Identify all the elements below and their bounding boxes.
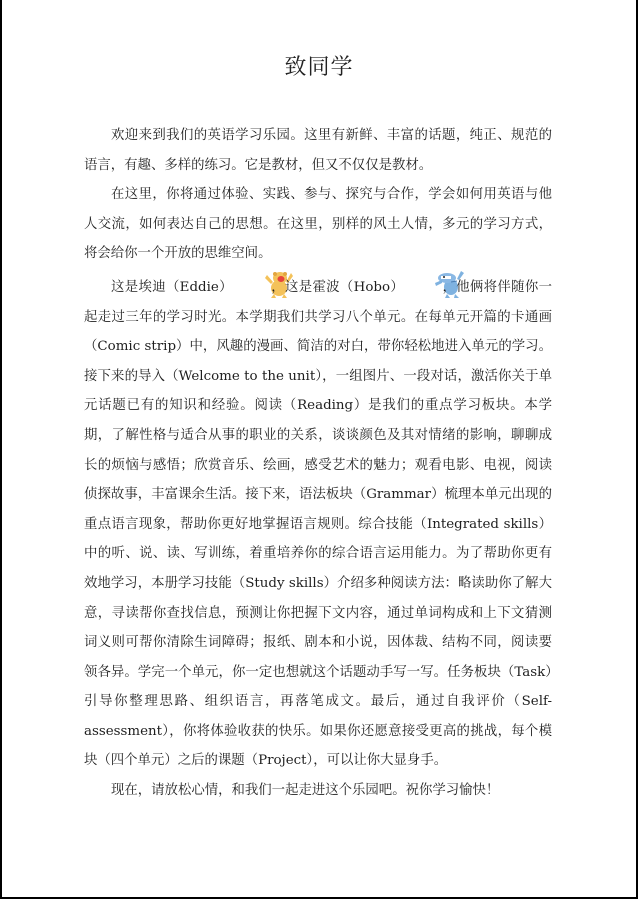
eddie-icon bbox=[235, 269, 269, 299]
characters-intro-hobo: ，这是霍波（Hobo） bbox=[271, 280, 404, 295]
paragraph-closing: 现在，请放松心情，和我们一起走进这个乐园吧。祝你学习愉快！ bbox=[84, 776, 552, 806]
characters-paragraph-text: ，他俩将伴随你一起走过三年的学习时光。本学期我们共学习八个单元。在每单元开篇的卡… bbox=[84, 280, 552, 769]
paragraph-learning: 在这里，你将通过体验、实践、参与、探究与合作，学会如何用英语与他人交流，如何表达… bbox=[84, 180, 552, 269]
document-body: 欢迎来到我们的英语学习乐园。这里有新鲜、丰富的话题，纯正、规范的语言，有趣、多样… bbox=[84, 121, 552, 806]
document-page: 致同学 欢迎来到我们的英语学习乐园。这里有新鲜、丰富的话题，纯正、规范的语言，有… bbox=[0, 0, 638, 899]
page-title: 致同学 bbox=[2, 50, 636, 81]
characters-intro-eddie: 这是埃迪（Eddie） bbox=[111, 280, 233, 295]
hobo-icon bbox=[406, 269, 440, 299]
paragraph-welcome: 欢迎来到我们的英语学习乐园。这里有新鲜、丰富的话题，纯正、规范的语言，有趣、多样… bbox=[84, 121, 552, 180]
paragraph-characters: 这是埃迪（Eddie） ，这是霍波（Hobo） bbox=[84, 269, 552, 776]
